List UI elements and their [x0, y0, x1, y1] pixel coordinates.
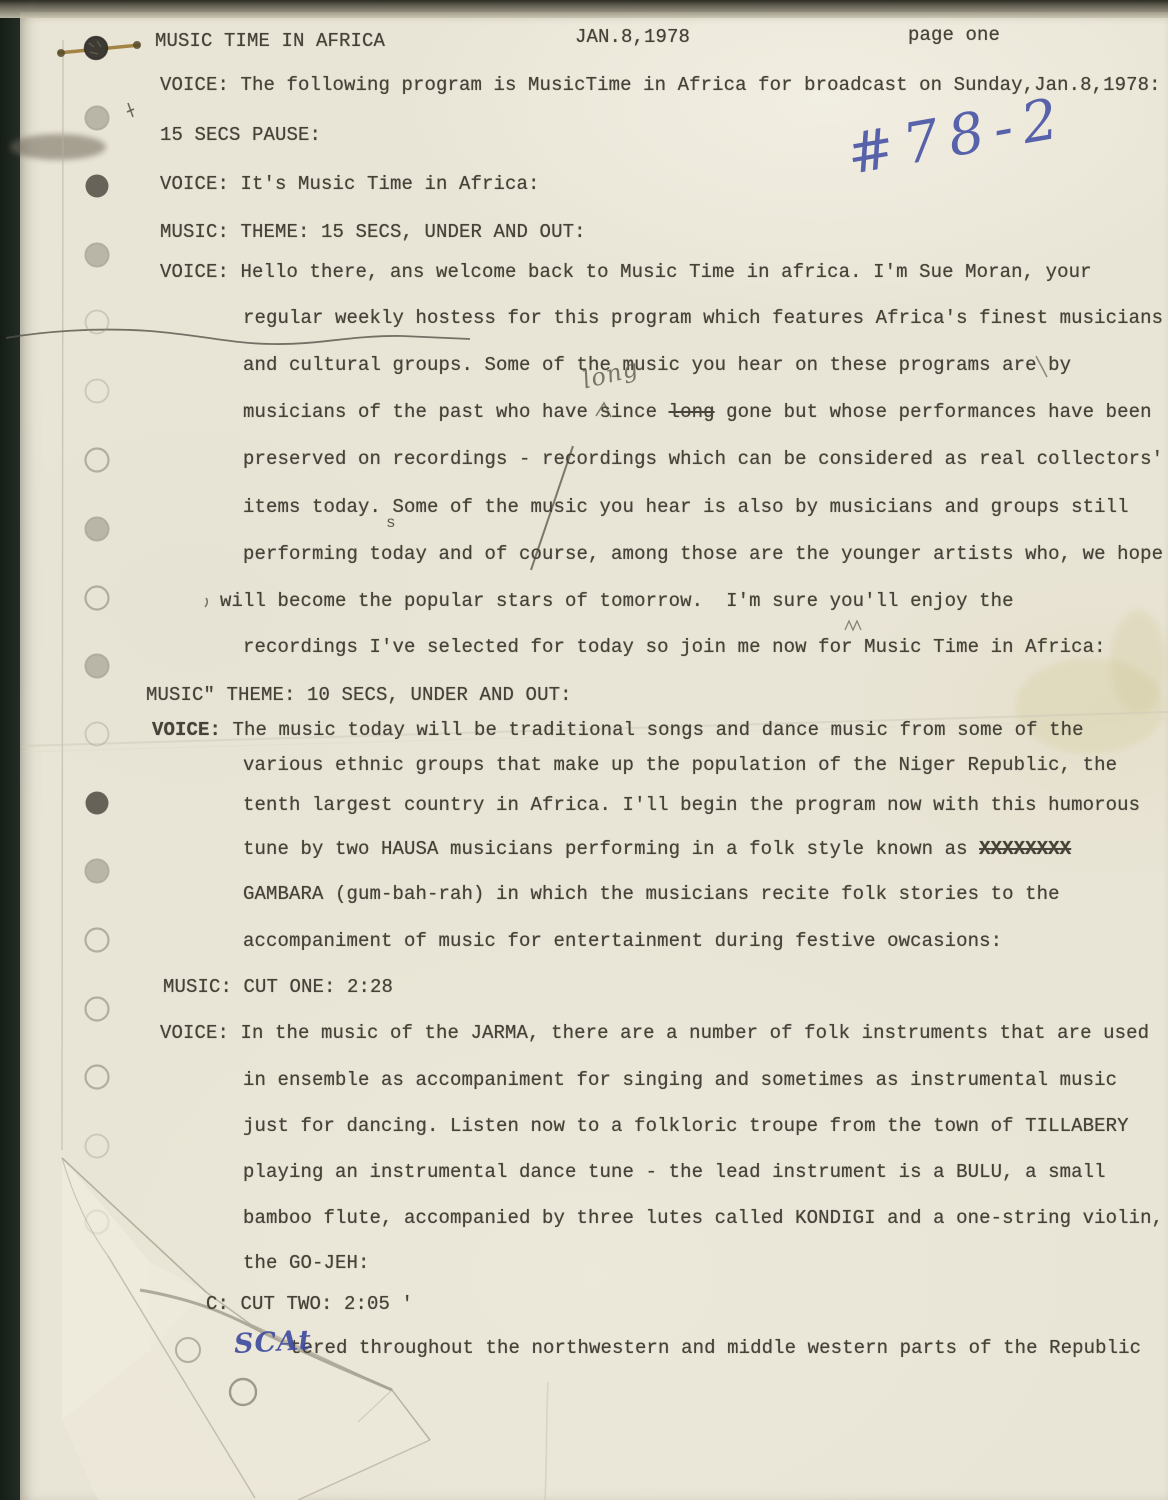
script-line: GAMBARA (gum-bah-rah) in which the music… — [243, 883, 1060, 905]
script-line: VOICE: The following program is MusicTim… — [160, 74, 1161, 96]
document-title: MUSIC TIME IN AFRICA — [155, 30, 385, 52]
script-line: and cultural groups. Some of the music y… — [243, 354, 1071, 376]
script-line: accompaniment of music for entertainment… — [243, 930, 1002, 952]
script-line: regular weekly hostess for this program … — [243, 307, 1163, 329]
script-line: tune by two HAUSA musicians performing i… — [243, 838, 1071, 860]
script-line: bamboo flute, accompanied by three lutes… — [243, 1207, 1163, 1229]
script-line: in ensemble as accompaniment for singing… — [243, 1069, 1117, 1091]
script-line: items today. Some of the music you hear … — [243, 496, 1129, 518]
script-line: MUSIC" THEME: 10 SECS, UNDER AND OUT: — [146, 684, 572, 706]
script-line: VOICE: Hello there, ans welcome back to … — [160, 261, 1092, 283]
script-line: VOICE: It's Music Time in Africa: — [160, 173, 540, 195]
script-line: the GO-JEH: — [243, 1252, 370, 1274]
script-line: musicians of the past who have since lon… — [243, 401, 1152, 423]
script-line: MUSIC: THEME: 15 SECS, UNDER AND OUT: — [160, 221, 586, 243]
script-line: MUSIC: CUT ONE: 2:28 — [163, 976, 393, 998]
typewritten-text-layer: MUSIC TIME IN AFRICA JAN.8,1978 page one… — [0, 0, 1168, 1500]
script-line: various ethnic groups that make up the p… — [243, 754, 1117, 776]
script-line: tered throughout the northwestern and mi… — [290, 1337, 1141, 1359]
script-line: just for dancing. Listen now to a folklo… — [243, 1115, 1129, 1137]
script-line: VOICE: The music today will be tradition… — [152, 719, 1084, 741]
handwritten-scattered-prefix: SCAt — [233, 1325, 312, 1360]
stray-typed-correction: s — [386, 514, 396, 532]
script-line: will become the popular stars of tomorro… — [220, 590, 1014, 612]
script-line: VOICE: In the music of the JARMA, there … — [160, 1022, 1149, 1044]
script-line: preserved on recordings - recordings whi… — [243, 448, 1163, 470]
script-line: 15 SECS PAUSE: — [160, 124, 321, 146]
script-line: C: CUT TWO: 2:05 ' — [206, 1293, 413, 1315]
script-line: performing today and of course, among th… — [243, 543, 1163, 565]
script-line: recordings I've selected for today so jo… — [243, 636, 1106, 658]
script-line: playing an instrumental dance tune - the… — [243, 1161, 1106, 1183]
document-date: JAN.8,1978 — [575, 26, 690, 48]
page-number-label: page one — [908, 24, 1000, 46]
scanned-document-page: { "document": { "header": { "title": "MU… — [0, 0, 1168, 1500]
script-line: tenth largest country in Africa. I'll be… — [243, 794, 1140, 816]
